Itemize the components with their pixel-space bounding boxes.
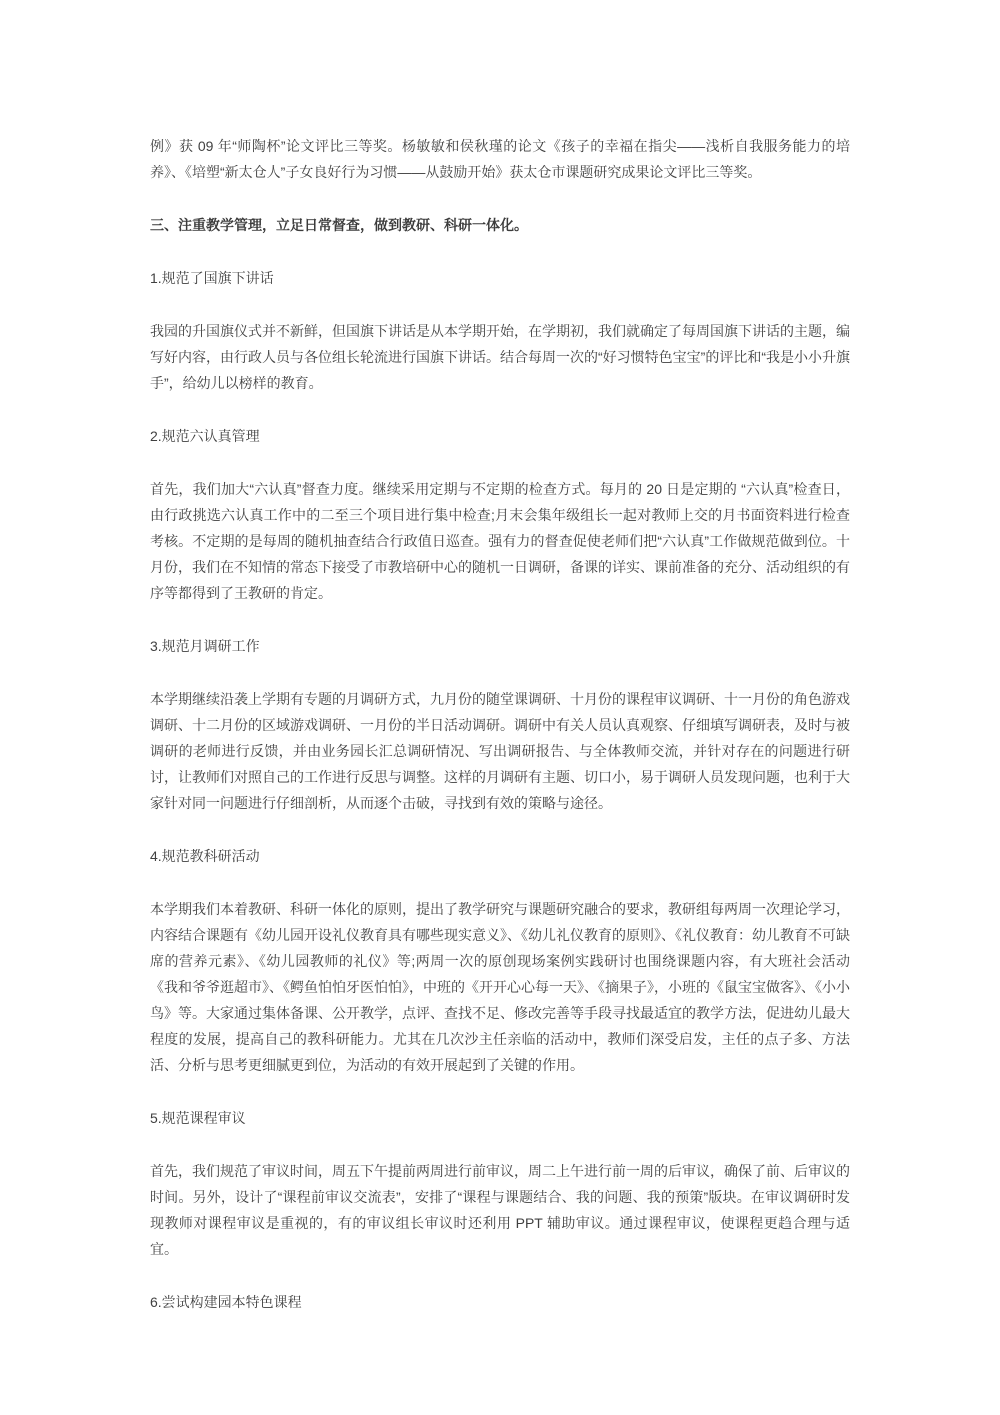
paragraph-flag-speech: 我园的升国旗仪式并不新鲜，但国旗下讲话是从本学期开始，在学期初，我们就确定了每周… xyxy=(150,318,850,396)
paragraph-teaching-research-activities: 本学期我们本着教研、科研一体化的原则，提出了教学研究与课题研究融合的要求，教研组… xyxy=(150,896,850,1078)
document-page: 例》获 09 年“师陶杯”论文评比三等奖。杨敏敏和侯秋瑾的论文《孩子的幸福在指尖… xyxy=(150,0,850,1315)
paragraph-monthly-research: 本学期继续沿袭上学期有专题的月调研方式，九月份的随堂课调研、十月份的课程审议调研… xyxy=(150,686,850,816)
subheading-4-teaching-research-activities: 4.规范教科研活动 xyxy=(150,843,850,869)
subheading-3-monthly-research: 3.规范月调研工作 xyxy=(150,633,850,659)
paragraph-awards-continued: 例》获 09 年“师陶杯”论文评比三等奖。杨敏敏和侯秋瑾的论文《孩子的幸福在指尖… xyxy=(150,133,850,185)
subheading-6-school-based-curriculum: 6.尝试构建园本特色课程 xyxy=(150,1289,850,1315)
paragraph-curriculum-review: 首先，我们规范了审议时间，周五下午提前两周进行前审议，周二上午进行前一周的后审议… xyxy=(150,1158,850,1262)
subheading-2-six-conscientious-management: 2.规范六认真管理 xyxy=(150,423,850,449)
paragraph-six-conscientious-management: 首先，我们加大“六认真”督查力度。继续采用定期与不定期的检查方式。每月的 20 … xyxy=(150,476,850,606)
heading-section-three-teaching-management: 三、注重教学管理，立足日常督查，做到教研、科研一体化。 xyxy=(150,212,850,238)
subheading-1-flag-speech: 1.规范了国旗下讲话 xyxy=(150,265,850,291)
subheading-5-curriculum-review: 5.规范课程审议 xyxy=(150,1105,850,1131)
